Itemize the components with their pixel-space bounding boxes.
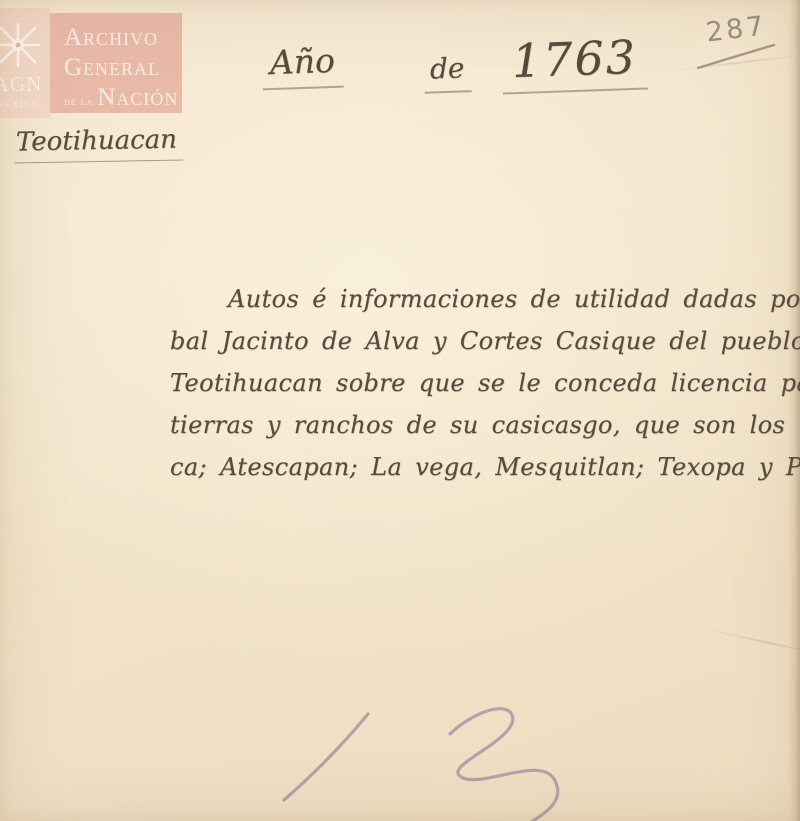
folio-page-number: 287 <box>704 10 768 48</box>
agn-word-dela: de la <box>64 94 93 109</box>
body-line: tierras y ranchos de su casicasgo, que s… <box>170 404 800 446</box>
agn-logo-text-panel: Archivo General de la Nación <box>50 13 182 113</box>
pencil-numeral-1-stroke <box>284 714 368 800</box>
agn-acronym: AGN <box>0 74 42 95</box>
title-word-ano: Año <box>261 41 344 91</box>
compass-star-icon <box>0 22 41 68</box>
body-line: ca; Atescapan; La vega, Mesquitlan; Texo… <box>170 446 800 488</box>
body-line: Teotihuacan sobre que se le conceda lice… <box>170 362 800 404</box>
paper-crease <box>672 54 800 72</box>
title-word-de: de <box>423 51 471 94</box>
body-line: Autos é informaciones de utilidad dadas … <box>170 278 800 320</box>
title-year-1763: 1763 <box>501 29 648 94</box>
agn-word-nacion-line: de la Nación <box>64 83 182 113</box>
body-paragraph: Autos é informaciones de utilidad dadas … <box>170 278 800 488</box>
agn-logo-left-panel: AGN MÉXICO <box>0 8 50 118</box>
agn-watermark-logo: AGN MÉXICO Archivo General de la Nación <box>0 8 182 118</box>
agn-word-general: General <box>64 53 182 83</box>
pencil-numeral-3-stroke <box>450 709 558 821</box>
agn-word-nacion: Nación <box>97 83 178 113</box>
manuscript-page: AGN MÉXICO Archivo General de la Nación … <box>0 0 800 821</box>
body-line: bal Jacinto de Alva y Cortes Casique del… <box>170 320 800 362</box>
margin-label-teotihuacan: Teotihuacan <box>14 125 184 164</box>
agn-country-label: MÉXICO <box>0 100 40 109</box>
paper-crease <box>701 628 800 655</box>
agn-word-archivo: Archivo <box>64 23 182 53</box>
